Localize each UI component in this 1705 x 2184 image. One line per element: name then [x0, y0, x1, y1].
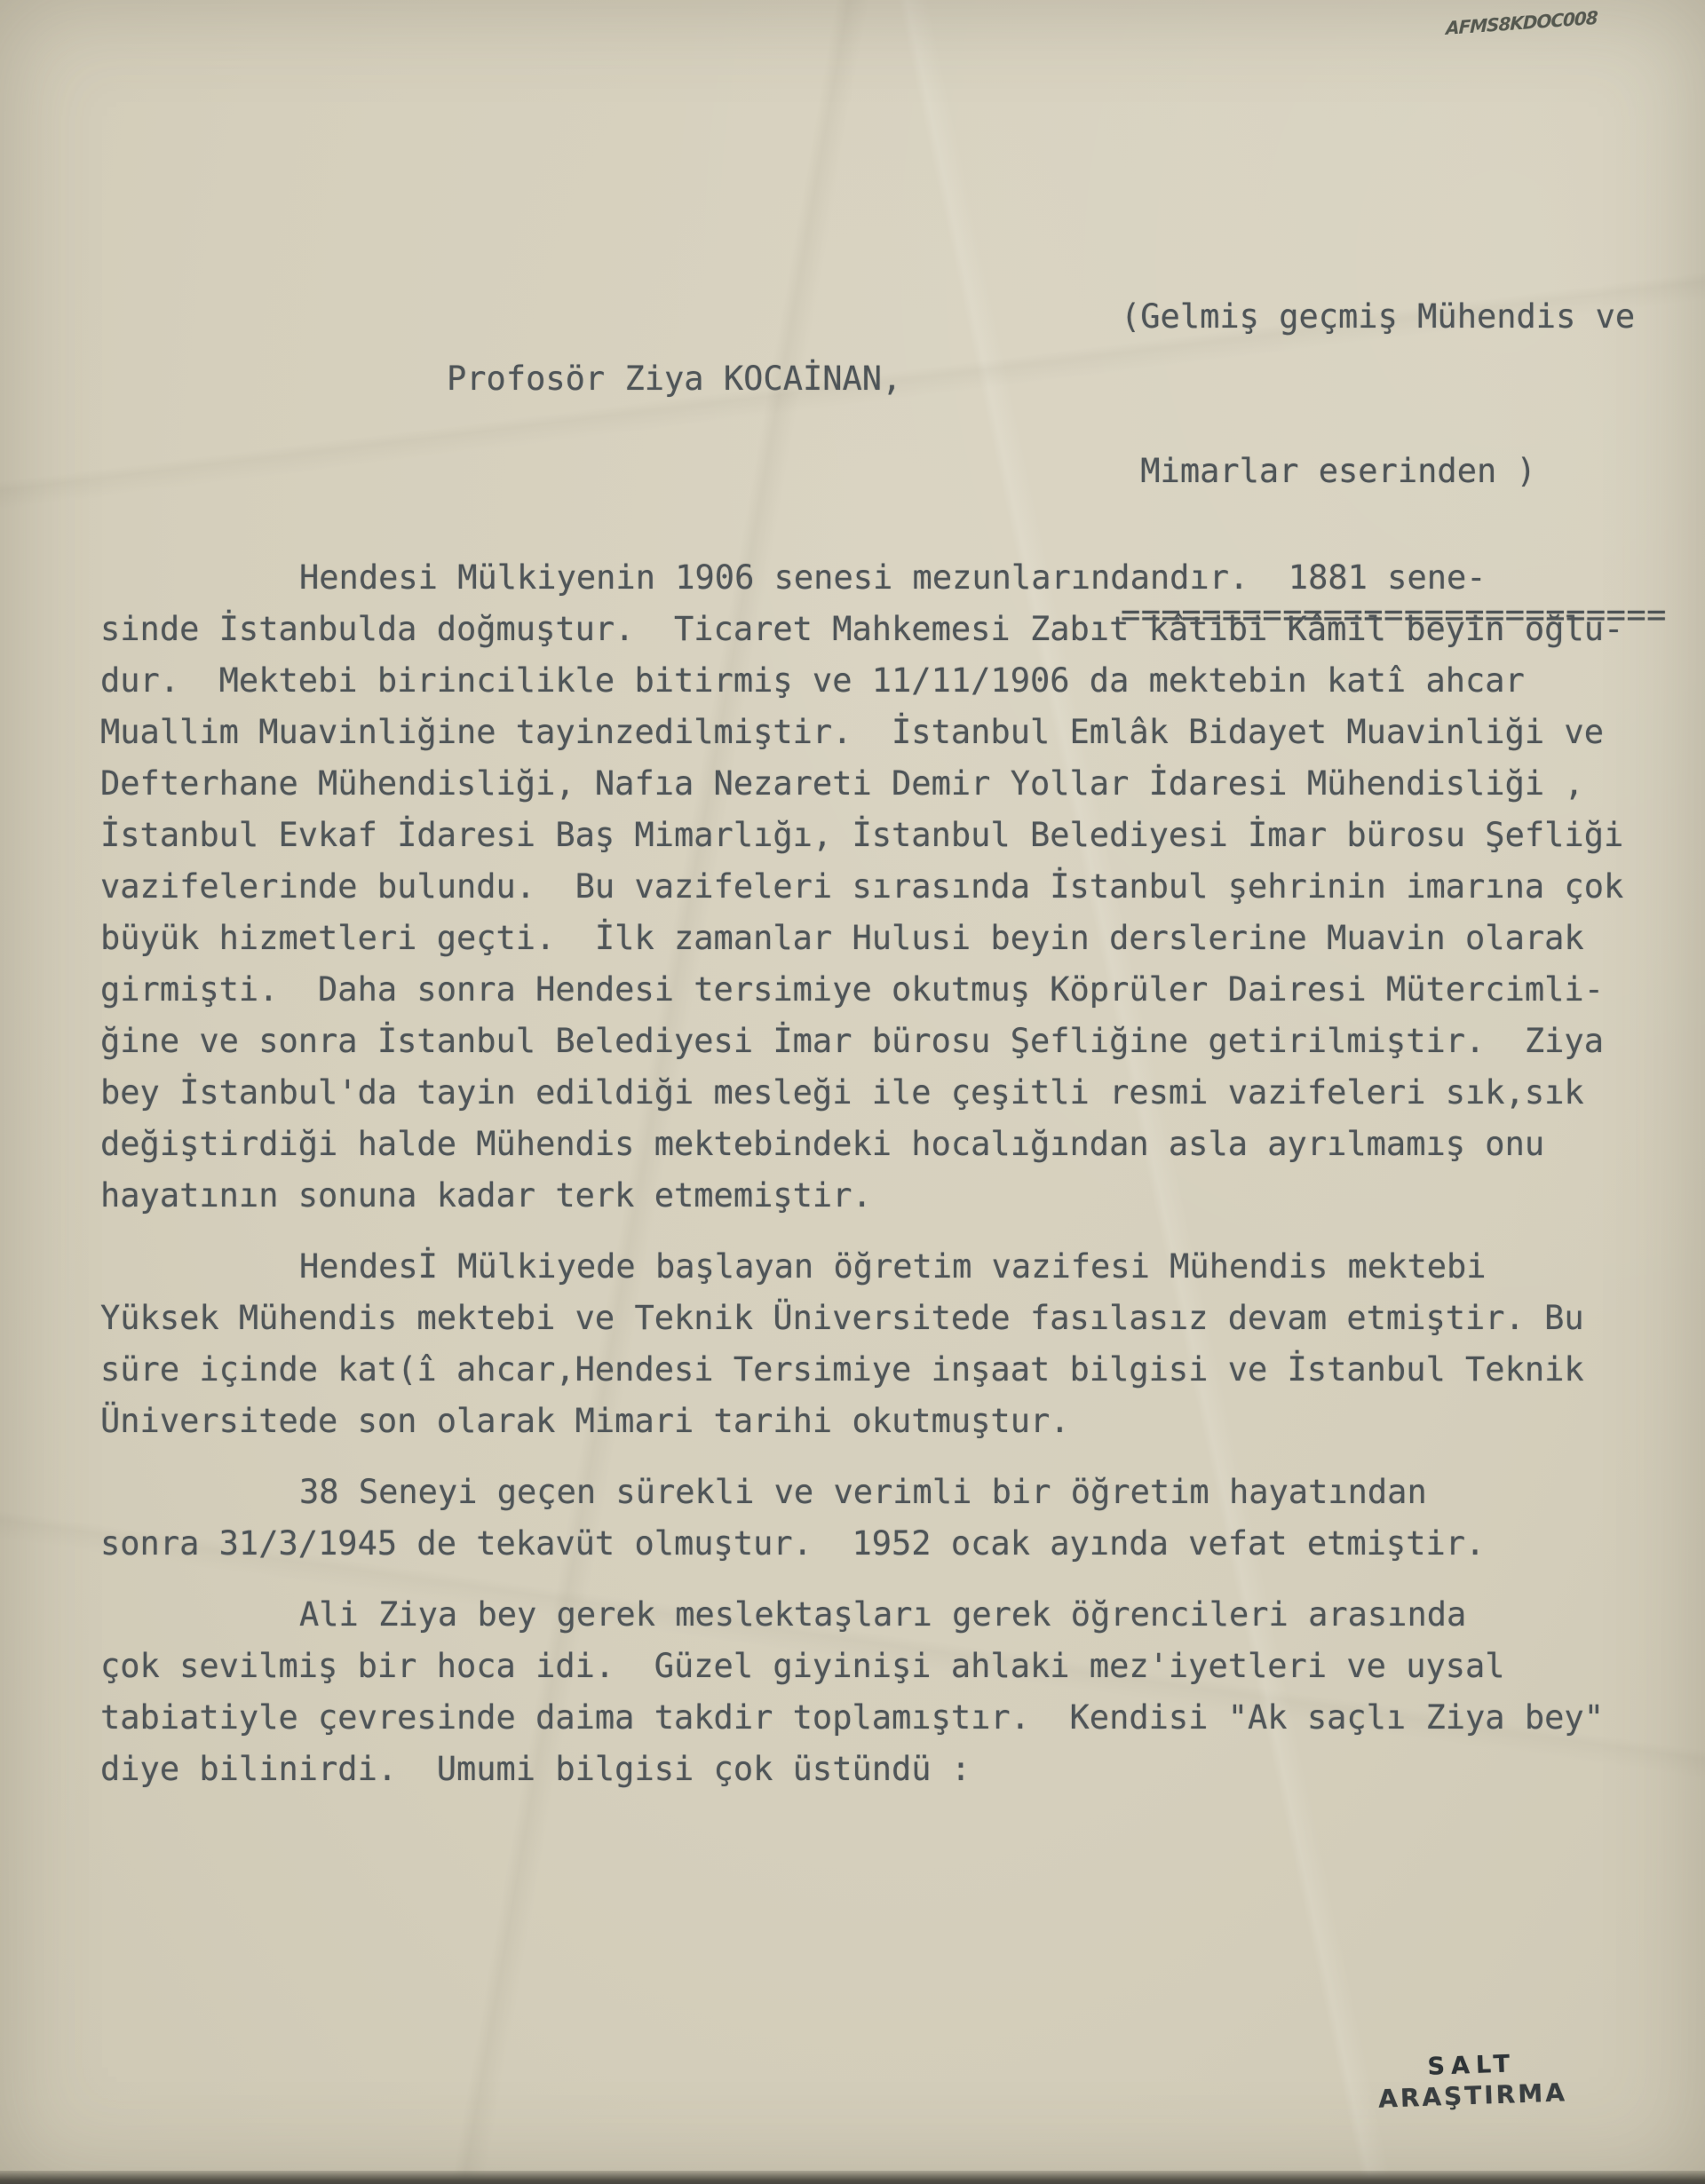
text-line: çok sevilmiş bir hoca idi. Güzel giyiniş…	[100, 1641, 1663, 1692]
text-line: Yüksek Mühendis mektebi ve Teknik Üniver…	[100, 1293, 1663, 1344]
text-line: değiştirdiği halde Mühendis mektebindeki…	[100, 1119, 1663, 1170]
paragraph-3: 38 Seneyi geçen sürekli ve verimli bir ö…	[100, 1467, 1663, 1570]
text-line: süre içinde kat(î ahcar,Hendesi Tersimiy…	[100, 1344, 1663, 1396]
source-note-line-2: Mimarlar eserinden )	[1121, 446, 1667, 497]
salt-arastirma-stamp: SALT ARAŞTIRMA	[1374, 2049, 1571, 2117]
text-line: Üniversitede son olarak Mimari tarihi ok…	[100, 1396, 1663, 1447]
paragraph-1: Hendesi Mülkiyenin 1906 senesi mezunları…	[100, 552, 1663, 1222]
text-line: girmişti. Daha sonra Hendesi tersimiye o…	[100, 964, 1663, 1016]
text-line: sinde İstanbulda doğmuştur. Ticaret Mahk…	[100, 604, 1663, 655]
salutation: Profosör Ziya KOCAİNAN,	[447, 353, 901, 405]
text-line: sonra 31/3/1945 de tekavüt olmuştur. 195…	[100, 1518, 1663, 1570]
text-line: vazifelerinde bulundu. Bu vazifeleri sır…	[100, 861, 1663, 913]
text-line: İstanbul Evkaf İdaresi Baş Mimarlığı, İs…	[100, 810, 1663, 861]
source-note-line-1: (Gelmiş geçmiş Mühendis ve	[1121, 291, 1667, 343]
text-line: 38 Seneyi geçen sürekli ve verimli bir ö…	[100, 1467, 1663, 1518]
paragraph-4: Ali Ziya bey gerek meslektaşları gerek ö…	[100, 1589, 1663, 1795]
text-line: Hendesİ Mülkiyede başlayan öğretim vazif…	[100, 1241, 1663, 1293]
text-line: bey İstanbul'da tayin edildiği mesleği i…	[100, 1067, 1663, 1119]
text-line: büyük hizmetleri geçti. İlk zamanlar Hul…	[100, 913, 1663, 964]
paragraph-2: Hendesİ Mülkiyede başlayan öğretim vazif…	[100, 1241, 1663, 1447]
text-line: ğine ve sonra İstanbul Belediyesi İmar b…	[100, 1016, 1663, 1067]
text-line: dur. Mektebi birincilikle bitirmiş ve 11…	[100, 655, 1663, 707]
text-line: Ali Ziya bey gerek meslektaşları gerek ö…	[100, 1589, 1663, 1641]
text-line: Defterhane Mühendisliği, Nafıa Nezareti …	[100, 758, 1663, 810]
stamp-line-arastirma: ARAŞTIRMA	[1375, 2076, 1571, 2117]
text-line: Muallim Muavinliğine tayinzedilmiştir. İ…	[100, 707, 1663, 758]
text-line: tabiatiyle çevresinde daima takdir topla…	[100, 1692, 1663, 1744]
scanned-letter-page: AFMS8KDOC008 (Gelmiş geçmiş Mühendis ve …	[0, 0, 1705, 2184]
text-line: Hendesi Mülkiyenin 1906 senesi mezunları…	[100, 552, 1663, 604]
handwritten-archival-code: AFMS8KDOC008	[1446, 7, 1598, 39]
letter-body: Hendesi Mülkiyenin 1906 senesi mezunları…	[100, 552, 1663, 1795]
text-line: diye bilinirdi. Umumi bilgisi çok üstünd…	[100, 1744, 1663, 1795]
scan-edge	[0, 2171, 1705, 2184]
text-line: hayatının sonuna kadar terk etmemiştir.	[100, 1170, 1663, 1222]
